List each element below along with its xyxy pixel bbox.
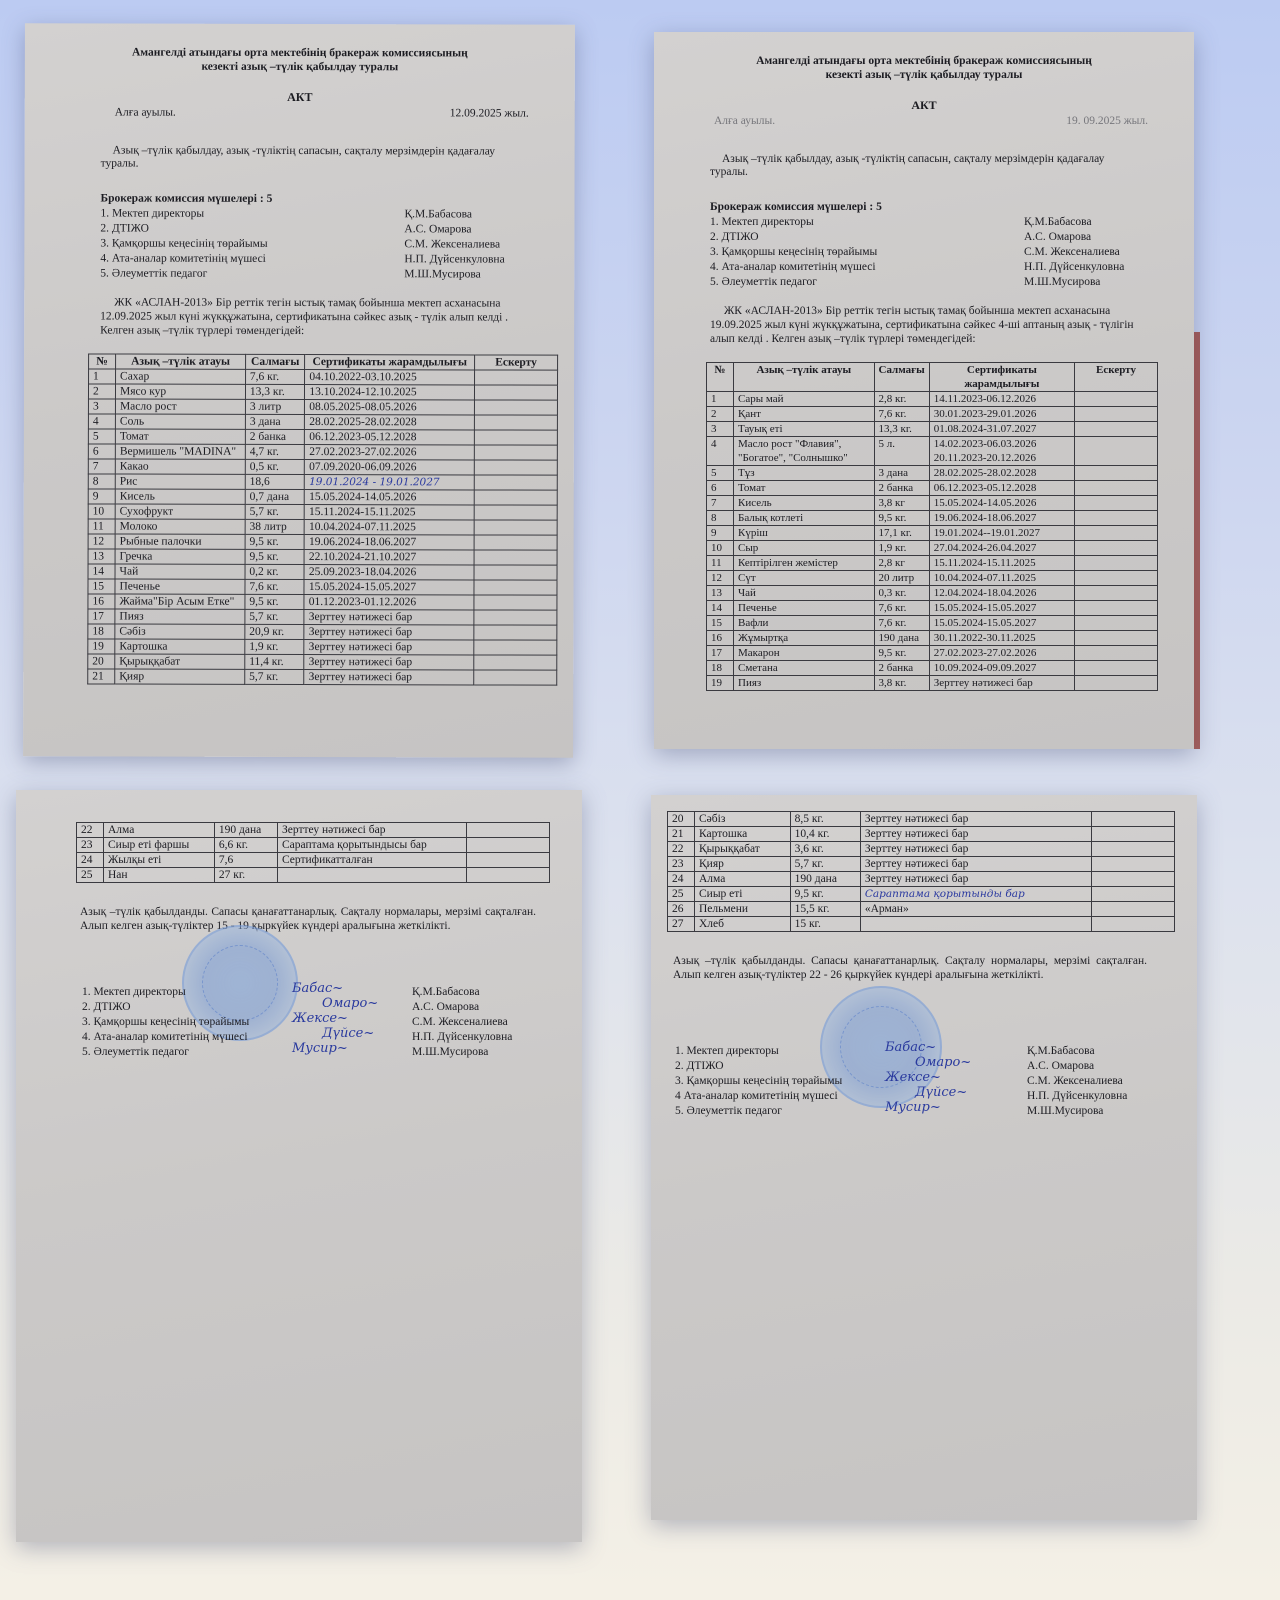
item-weight: 0,7 дана: [245, 489, 304, 504]
remark: [474, 550, 557, 565]
handwritten-signature: Мусир~: [885, 1100, 941, 1115]
member-row: 2. ДТІЖОА.С. Омарова: [100, 221, 524, 237]
item-weight: 2,8 кг: [874, 556, 929, 571]
item-number: 1: [89, 369, 116, 384]
table-row: 16Жұмыртқа190 дана30.11.2022-30.11.2025: [707, 631, 1158, 646]
item-weight: 0,3 кг.: [874, 586, 929, 601]
item-name: Вафли: [734, 616, 875, 631]
item-weight: 13,3 кг.: [245, 384, 304, 399]
member-name: М.Ш.Мусирова: [404, 267, 524, 282]
signatory-name: Н.П. Дүйсенкуловна: [1027, 1089, 1147, 1104]
table-row: 9Кисель0,7 дана15.05.2024-14.05.2026: [88, 489, 557, 505]
remark: [474, 670, 557, 685]
item-weight: 9,5 кг.: [245, 594, 304, 609]
remark: [1075, 676, 1158, 691]
intro-paragraph: ЖК «АСЛАН-2013» Бір реттік тегін ыстық т…: [710, 304, 1144, 346]
item-weight: 13,3 кг.: [874, 422, 929, 437]
item-name: Алма: [104, 823, 215, 838]
item-number: 6: [88, 444, 115, 459]
table-row: 21Картошка10,4 кг.Зерттеу нәтижесі бар: [668, 827, 1175, 842]
item-weight: 3,6 кг.: [790, 842, 860, 857]
certificate-validity: «Арман»: [860, 902, 1091, 917]
member-role: 1. Мектеп директоры: [100, 206, 204, 221]
title-line-1: Амангелді атындағы орта мектебінің браке…: [654, 54, 1194, 68]
item-name: Томат: [734, 481, 875, 496]
item-name: Томат: [115, 429, 245, 444]
certificate-validity: Сараптама қорытындысы бар: [277, 838, 466, 853]
table-row: 24Жылқы еті7,6Сертификатталған: [77, 853, 550, 868]
document-page-1: Амангелді атындағы орта мектебінің браке…: [23, 23, 575, 757]
item-name: Сиыр еті фаршы: [104, 838, 215, 853]
item-number: 5: [707, 466, 734, 481]
item-name: Мясо кур: [115, 384, 245, 399]
certificate-validity: 15.11.2024-15.11.2025: [305, 505, 475, 520]
item-name: Печенье: [115, 579, 245, 594]
items-table: №Азық –түлік атауыСалмағыСертификаты жар…: [87, 353, 558, 685]
signatory-name: С.М. Жексеналиева: [1027, 1074, 1147, 1089]
item-weight: 9,5 кг.: [874, 511, 929, 526]
items-table-continued: 20Сәбіз8,5 кг.Зерттеу нәтижесі бар21Карт…: [667, 811, 1175, 932]
table-row: 26Пельмени15,5 кг.«Арман»: [668, 902, 1175, 917]
handwritten-signature: Омаро~: [322, 996, 378, 1011]
item-name: Масло рост: [115, 399, 245, 414]
member-name: Н.П. Дүйсенкуловна: [1024, 260, 1144, 275]
item-number: 11: [707, 556, 734, 571]
column-header: Салмағы: [245, 354, 304, 369]
remark: [1075, 646, 1158, 661]
item-weight: 20 литр: [874, 571, 929, 586]
document-page-3: 22Алма190 данаЗерттеу нәтижесі бар23Сиыр…: [16, 790, 582, 1542]
item-weight: 2,8 кг.: [874, 392, 929, 407]
remark: [474, 415, 557, 430]
member-name: С.М. Жексеналиева: [404, 237, 524, 252]
remark: [1092, 887, 1175, 902]
item-weight: 9,5 кг.: [245, 534, 304, 549]
certificate-validity: 10.04.2024-07.11.2025: [929, 571, 1074, 586]
remark: [1075, 586, 1158, 601]
table-row: 17Пияз5,7 кг.Зерттеу нәтижесі бар: [88, 609, 557, 625]
signature-block: 1. Мектеп директорыҚ.М.БабасоваБабас~2. …: [675, 1044, 1147, 1119]
item-number: 14: [707, 601, 734, 616]
certificate-validity: 30.11.2022-30.11.2025: [929, 631, 1074, 646]
item-number: 26: [668, 902, 695, 917]
certificate-validity: 19.01.2024--19.01.2027: [929, 526, 1074, 541]
member-role: 4. Ата-аналар комитетінің мүшесі: [710, 260, 876, 275]
table-row: 12Рыбные палочки9,5 кг.19.06.2024-18.06.…: [88, 534, 557, 550]
place: Алға ауылы.: [714, 115, 775, 127]
item-name: Хлеб: [695, 917, 791, 932]
remark: [1075, 407, 1158, 422]
certificate-validity: 14.11.2023-06.12.2026: [929, 392, 1074, 407]
item-name: Кисель: [734, 496, 875, 511]
item-number: 2: [88, 384, 115, 399]
handwritten-signature: Жексе~: [885, 1070, 941, 1085]
signatory-name: Қ.М.Бабасова: [1027, 1044, 1147, 1059]
member-row: 1. Мектеп директорыҚ.М.Бабасова: [100, 206, 524, 222]
table-row: 20Сәбіз8,5 кг.Зерттеу нәтижесі бар: [668, 812, 1175, 827]
certificate-validity: [277, 868, 466, 883]
table-row: 11Молоко38 литр10.04.2024-07.11.2025: [88, 519, 557, 535]
table-row: 10Сыр1,9 кг.27.04.2024-26.04.2027: [707, 541, 1158, 556]
certificate-validity: Зерттеу нәтижесі бар: [304, 640, 474, 655]
closing-paragraph: Азық –түлік қабылданды. Сапасы қанағатта…: [673, 954, 1147, 982]
member-row: 5. Әлеуметтік педагогМ.Ш.Мусирова: [710, 275, 1144, 290]
title-line-1: Амангелді атындағы орта мектебінің браке…: [25, 45, 575, 60]
commission-heading: Брокераж комиссия мүшелері : 5: [100, 192, 574, 205]
certificate-validity: 10.09.2024-09.09.2027: [929, 661, 1074, 676]
handwritten-signature: Жексе~: [292, 1011, 348, 1026]
remark: [1075, 496, 1158, 511]
item-name: Жайма"Бір Асым Етке": [115, 594, 245, 609]
item-weight: 10,4 кг.: [790, 827, 860, 842]
item-name: Тұз: [734, 466, 875, 481]
certificate-validity: Зерттеу нәтижесі бар: [860, 872, 1091, 887]
intro-paragraph: ЖК «АСЛАН-2013» Бір реттік тегін ыстық т…: [100, 295, 524, 338]
item-name: Кисель: [115, 489, 245, 504]
item-name: Сахар: [116, 369, 246, 384]
item-name: Масло рост "Флавия", "Богатое", "Солнышк…: [734, 437, 875, 466]
remark: [474, 505, 557, 520]
item-name: Вермишель "MADINA": [115, 444, 245, 459]
certificate-validity: 27.02.2023-27.02.2026: [929, 646, 1074, 661]
item-name: Какао: [115, 459, 245, 474]
item-name: Чай: [115, 564, 245, 579]
item-number: 19: [707, 676, 734, 691]
item-weight: 3 дана: [874, 466, 929, 481]
item-number: 4: [88, 414, 115, 429]
remark: [467, 823, 550, 838]
remark: [1075, 541, 1158, 556]
table-row: 9Күріш17,1 кг.19.01.2024--19.01.2027: [707, 526, 1158, 541]
item-name: Балық котлеті: [734, 511, 875, 526]
remark: [474, 535, 557, 550]
handwritten-signature: Бабас~: [292, 981, 343, 996]
item-weight: 190 дана: [214, 823, 277, 838]
certificate-validity: 15.05.2024-15.05.2027: [929, 601, 1074, 616]
member-role: 5. Әлеуметтік педагог: [710, 275, 817, 290]
member-row: 4. Ата-аналар комитетінің мүшесіН.П. Дүй…: [100, 251, 524, 267]
item-weight: 27 кг.: [214, 868, 277, 883]
items-table: №Азық –түлік атауыСалмағыСертификаты жар…: [706, 362, 1158, 691]
table-row: 11Кептірілген жемістер2,8 кг15.11.2024-1…: [707, 556, 1158, 571]
title-line-2: кезекті азық –түлік қабылдау туралы: [654, 68, 1194, 82]
item-number: 12: [707, 571, 734, 586]
date: 19. 09.2025 жыл.: [1066, 115, 1148, 127]
closing-paragraph: Азық –түлік қабылданды. Сапасы қанағатта…: [80, 905, 536, 933]
table-row: 25Сиыр еті9,5 кг.Сараптама қорытынды бар: [668, 887, 1175, 902]
certificate-validity: Зерттеу нәтижесі бар: [860, 842, 1091, 857]
item-weight: 7,6 кг.: [245, 579, 304, 594]
signatory-role: 2. ДТІЖО: [82, 1000, 131, 1015]
item-weight: 3,8 кг.: [874, 676, 929, 691]
column-header: Сертификаты жарамдылығы: [929, 363, 1074, 392]
akt-heading: АКТ: [25, 89, 575, 105]
item-number: 24: [77, 853, 104, 868]
item-weight: 2 банка: [874, 661, 929, 676]
item-weight: 6,6 кг.: [214, 838, 277, 853]
item-number: 21: [668, 827, 695, 842]
signatory-role: 1. Мектеп директоры: [675, 1044, 779, 1059]
certificate-validity: 19.01.2024 - 19.01.2027: [305, 475, 475, 490]
certificate-validity: Зерттеу нәтижесі бар: [304, 670, 474, 685]
date: 12.09.2025 жыл.: [450, 107, 529, 119]
item-name: Пельмени: [695, 902, 791, 917]
item-number: 25: [668, 887, 695, 902]
item-weight: 7,6 кг.: [245, 369, 304, 384]
column-header: Сертификаты жарамдылығы: [305, 355, 475, 370]
item-number: 13: [707, 586, 734, 601]
members-list: 1. Мектеп директорыҚ.М.Бабасова2. ДТІЖОА…: [710, 215, 1144, 290]
certificate-validity: 25.09.2023-18.04.2026: [304, 565, 474, 580]
item-weight: 190 дана: [874, 631, 929, 646]
item-weight: 9,5 кг.: [245, 549, 304, 564]
remark: [474, 565, 557, 580]
item-weight: 7,6 кг.: [874, 616, 929, 631]
remark: [474, 385, 557, 400]
certificate-validity: Зерттеу нәтижесі бар: [860, 812, 1091, 827]
certificate-validity: Зерттеу нәтижесі бар: [929, 676, 1074, 691]
item-number: 21: [88, 669, 115, 684]
item-number: 14: [88, 564, 115, 579]
certificate-validity: 07.09.2020-06.09.2026: [305, 460, 475, 475]
item-weight: 7,6 кг.: [874, 601, 929, 616]
place-date: Алға ауылы. 19. 09.2025 жыл.: [714, 115, 1148, 127]
certificate-validity: [860, 917, 1091, 932]
item-number: 25: [77, 868, 104, 883]
certificate-validity: Зерттеу нәтижесі бар: [304, 655, 474, 670]
signatory-name: А.С. Омарова: [412, 1000, 532, 1015]
remark: [474, 460, 557, 475]
item-name: Жылқы еті: [104, 853, 215, 868]
item-weight: 4,7 кг.: [245, 444, 304, 459]
akt-heading: АКТ: [654, 98, 1194, 113]
item-name: Соль: [115, 414, 245, 429]
item-number: 13: [88, 549, 115, 564]
certificate-validity: Зерттеу нәтижесі бар: [860, 857, 1091, 872]
remark: [1075, 526, 1158, 541]
item-number: 7: [707, 496, 734, 511]
signatory-name: М.Ш.Мусирова: [412, 1045, 532, 1060]
item-weight: 5 л.: [874, 437, 929, 466]
item-number: 24: [668, 872, 695, 887]
item-number: 18: [88, 624, 115, 639]
document-page-2: Амангелді атындағы орта мектебінің браке…: [654, 32, 1194, 749]
member-row: 3. Қамқоршы кеңесінің төрайымыС.М. Жексе…: [710, 245, 1144, 260]
remark: [1092, 902, 1175, 917]
item-number: 11: [88, 519, 115, 534]
member-name: М.Ш.Мусирова: [1024, 275, 1144, 290]
table-row: 6Вермишель "MADINA"4,7 кг.27.02.2023-27.…: [88, 444, 557, 460]
table-row: 14Чай0,2 кг.25.09.2023-18.04.2026: [88, 564, 557, 580]
member-role: 3. Қамқоршы кеңесінің төрайымы: [710, 245, 877, 260]
item-weight: 3,8 кг: [874, 496, 929, 511]
item-number: 1: [707, 392, 734, 407]
column-header: №: [89, 354, 116, 369]
signature-block: 1. Мектеп директорыҚ.М.БабасоваБабас~2. …: [82, 985, 532, 1060]
item-number: 22: [668, 842, 695, 857]
remark: [1075, 437, 1158, 466]
item-weight: 2 банка: [874, 481, 929, 496]
signatory-role: 5. Әлеуметтік педагог: [82, 1045, 189, 1060]
place: Алға ауылы.: [115, 107, 176, 119]
member-role: 2. ДТІЖО: [100, 221, 149, 236]
remark: [1075, 616, 1158, 631]
item-name: Сүт: [734, 571, 875, 586]
remark: [467, 853, 550, 868]
remark: [474, 445, 557, 460]
handwritten-signature: Омаро~: [915, 1055, 971, 1070]
remark: [467, 868, 550, 883]
table-row: 18Сметана2 банка10.09.2024-09.09.2027: [707, 661, 1158, 676]
signatory-role: 3. Қамқоршы кеңесінің төрайымы: [82, 1015, 249, 1030]
member-role: 5. Әлеуметтік педагог: [100, 266, 207, 281]
doc-title: Амангелді атындағы орта мектебінің браке…: [25, 45, 575, 74]
remark: [1075, 601, 1158, 616]
item-weight: 5,7 кг.: [790, 857, 860, 872]
table-row: 8Рис18,619.01.2024 - 19.01.2027: [88, 474, 557, 490]
item-name: Рыбные палочки: [115, 534, 245, 549]
item-number: 20: [668, 812, 695, 827]
certificate-validity: 12.04.2024-18.04.2026: [929, 586, 1074, 601]
item-weight: 8,5 кг.: [790, 812, 860, 827]
member-role: 1. Мектеп директоры: [710, 215, 814, 230]
table-row: 6Томат2 банка06.12.2023-05.12.2028: [707, 481, 1158, 496]
signatory-name: А.С. Омарова: [1027, 1059, 1147, 1074]
item-number: 3: [88, 399, 115, 414]
item-weight: 15,5 кг.: [790, 902, 860, 917]
item-weight: 1,9 кг.: [245, 639, 304, 654]
item-name: Қырыққабат: [695, 842, 791, 857]
remark: [474, 520, 557, 535]
item-weight: 7,6: [214, 853, 277, 868]
table-row: 4Масло рост "Флавия", "Богатое", "Солныш…: [707, 437, 1158, 466]
remark: [1075, 661, 1158, 676]
item-name: Пияз: [734, 676, 875, 691]
member-row: 2. ДТІЖОА.С. Омарова: [710, 230, 1144, 245]
certificate-validity: 06.12.2023-05.12.2028: [929, 481, 1074, 496]
table-row: 5Томат2 банка06.12.2023-05.12.2028: [88, 429, 557, 445]
remark: [467, 838, 550, 853]
item-number: 20: [88, 654, 115, 669]
handwritten-signature: Дүйсе~: [915, 1085, 967, 1100]
table-row: 21Қияр5,7 кг.Зерттеу нәтижесі бар: [88, 669, 557, 685]
item-weight: 1,9 кг.: [874, 541, 929, 556]
table-row: 15Печенье7,6 кг.15.05.2024-15.05.2027: [88, 579, 557, 595]
item-weight: 18,6: [245, 474, 304, 489]
remark: [1092, 842, 1175, 857]
item-weight: 15 кг.: [790, 917, 860, 932]
purpose: Азық –түлік қабылдау, азық -түліктің сап…: [710, 153, 1144, 179]
certificate-validity: 28.02.2025-28.02.2028: [305, 415, 475, 430]
certificate-validity: 27.02.2023-27.02.2026: [305, 445, 475, 460]
item-number: 23: [668, 857, 695, 872]
table-row: 24Алма190 данаЗерттеу нәтижесі бар: [668, 872, 1175, 887]
table-row: 3Тауық еті13,3 кг.01.08.2024-31.07.2027: [707, 422, 1158, 437]
certificate-validity: Зерттеу нәтижесі бар: [277, 823, 466, 838]
item-number: 12: [88, 534, 115, 549]
item-weight: 5,7 кг.: [245, 609, 304, 624]
item-number: 15: [707, 616, 734, 631]
item-name: Пияз: [115, 609, 245, 624]
item-name: Жұмыртқа: [734, 631, 875, 646]
certificate-validity: Зерттеу нәтижесі бар: [304, 625, 474, 640]
purpose: Азық –түлік қабылдау, азық -түліктің сап…: [101, 144, 525, 171]
table-row: 18Сәбіз20,9 кг.Зерттеу нәтижесі бар: [88, 624, 557, 640]
table-row: 22Алма190 данаЗерттеу нәтижесі бар: [77, 823, 550, 838]
table-row: 19Картошка1,9 кг.Зерттеу нәтижесі бар: [88, 639, 557, 655]
table-row: 10Сухофрукт5,7 кг.15.11.2024-15.11.2025: [88, 504, 557, 520]
item-name: Макарон: [734, 646, 875, 661]
remark: [1075, 571, 1158, 586]
item-weight: 11,4 кг.: [245, 654, 304, 669]
certificate-validity: 15.05.2024-14.05.2026: [929, 496, 1074, 511]
remark: [474, 430, 557, 445]
table-row: 1Сары май2,8 кг.14.11.2023-06.12.2026: [707, 392, 1158, 407]
item-number: 5: [88, 429, 115, 444]
item-number: 15: [88, 579, 115, 594]
certificate-validity: 14.02.2023-06.03.2026 20.11.2023-20.12.2…: [929, 437, 1074, 466]
item-name: Сметана: [734, 661, 875, 676]
remark: [1075, 466, 1158, 481]
doc-title: Амангелді атындағы орта мектебінің браке…: [654, 54, 1194, 82]
certificate-validity: 04.10.2022-03.10.2025: [305, 370, 475, 385]
item-name: Молоко: [115, 519, 245, 534]
item-weight: 7,6 кг.: [874, 407, 929, 422]
table-row: 13Гречка9,5 кг.22.10.2024-21.10.2027: [88, 549, 557, 565]
item-weight: 190 дана: [790, 872, 860, 887]
table-row: 7Какао0,5 кг.07.09.2020-06.09.2026: [88, 459, 557, 475]
item-name: Кептірілген жемістер: [734, 556, 875, 571]
remark: [474, 490, 557, 505]
item-number: 8: [88, 474, 115, 489]
certificate-validity: 01.08.2024-31.07.2027: [929, 422, 1074, 437]
table-row: 25Нан27 кг.: [77, 868, 550, 883]
commission-heading: Брокераж комиссия мүшелері : 5: [710, 201, 1194, 213]
member-row: 3. Қамқоршы кеңесінің төрайымыС.М. Жексе…: [100, 236, 524, 252]
certificate-validity: 30.01.2023-29.01.2026: [929, 407, 1074, 422]
item-name: Печенье: [734, 601, 875, 616]
remark: [474, 475, 557, 490]
title-line-2: кезекті азық –түлік қабылдау туралы: [25, 59, 575, 74]
member-name: Қ.М.Бабасова: [404, 207, 524, 222]
member-role: 3. Қамқоршы кеңесінің төрайымы: [100, 236, 267, 251]
item-number: 10: [707, 541, 734, 556]
table-row: 8Балық котлеті9,5 кг.19.06.2024-18.06.20…: [707, 511, 1158, 526]
member-name: Н.П. Дүйсенкуловна: [404, 252, 524, 267]
signatory-role: 3. Қамқоршы кеңесінің төрайымы: [675, 1074, 842, 1089]
certificate-validity: 13.10.2024-12.10.2025: [305, 385, 475, 400]
signatory-role: 4 Ата-аналар комитетінің мүшесі: [675, 1089, 838, 1104]
item-number: 17: [707, 646, 734, 661]
certificate-validity: 08.05.2025-08.05.2026: [305, 400, 475, 415]
certificate-validity: 22.10.2024-21.10.2027: [304, 550, 474, 565]
remark: [1075, 556, 1158, 571]
item-weight: 5,7 кг.: [245, 504, 304, 519]
remark: [1075, 511, 1158, 526]
certificate-validity: 15.11.2024-15.11.2025: [929, 556, 1074, 571]
item-name: Сыр: [734, 541, 875, 556]
item-number: 9: [707, 526, 734, 541]
item-number: 3: [707, 422, 734, 437]
column-header: Салмағы: [874, 363, 929, 392]
handwritten-signature: Бабас~: [885, 1040, 936, 1055]
certificate-validity: Сертификатталған: [277, 853, 466, 868]
table-row: 4Соль3 дана28.02.2025-28.02.2028: [88, 414, 557, 430]
item-name: Нан: [104, 868, 215, 883]
certificate-validity: Сараптама қорытынды бар: [860, 887, 1091, 902]
column-header: Ескерту: [1075, 363, 1158, 392]
member-row: 1. Мектеп директорыҚ.М.Бабасова: [710, 215, 1144, 230]
